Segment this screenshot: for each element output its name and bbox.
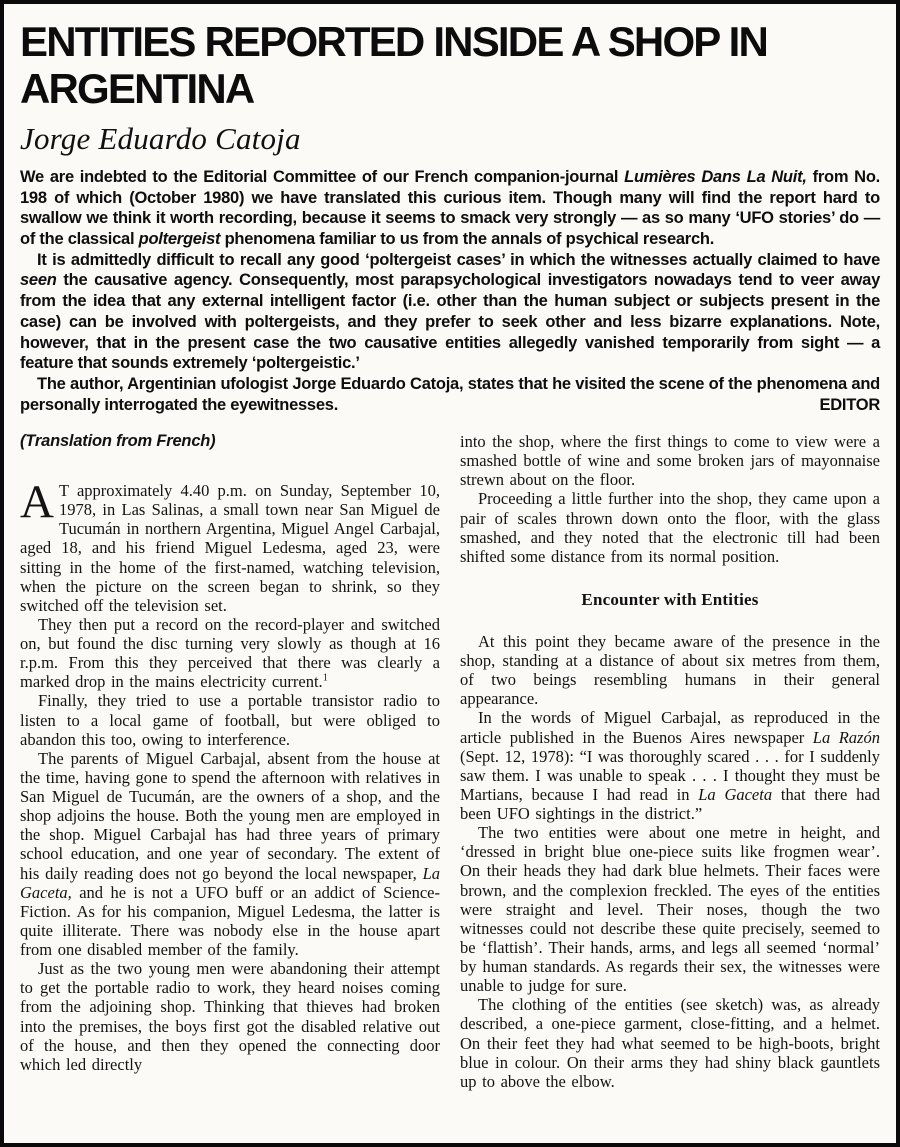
editor-intro: We are indebted to the Editorial Committ…: [20, 167, 880, 416]
body-paragraph: They then put a record on the record-pla…: [20, 615, 440, 692]
page-title: ENTITIES REPORTED INSIDE A SHOP IN ARGEN…: [20, 18, 880, 113]
right-column: into the shop, where the first things to…: [460, 432, 880, 1091]
intro-paragraph-1: We are indebted to the Editorial Committ…: [20, 167, 880, 250]
body-paragraph-lead: AT approximately 4.40 p.m. on Sunday, Se…: [20, 481, 440, 615]
body-paragraph: The parents of Miguel Carbajal, absent f…: [20, 749, 440, 959]
intro-paragraph-2: It is admittedly difficult to recall any…: [20, 250, 880, 374]
body-paragraph: Finally, they tried to use a portable tr…: [20, 691, 440, 748]
translation-note: (Translation from French): [20, 432, 440, 451]
body-paragraph: The two entities were about one metre in…: [460, 823, 880, 995]
article-columns: (Translation from French) AT approximate…: [20, 432, 880, 1091]
body-paragraph: Proceeding a little further into the sho…: [460, 489, 880, 566]
magazine-page: ENTITIES REPORTED INSIDE A SHOP IN ARGEN…: [0, 0, 900, 1147]
left-column: (Translation from French) AT approximate…: [20, 432, 440, 1091]
body-paragraph: into the shop, where the first things to…: [460, 432, 880, 489]
body-paragraph: In the words of Miguel Carbajal, as repr…: [460, 708, 880, 823]
body-paragraph: The clothing of the entities (see sketch…: [460, 995, 880, 1091]
author-byline: Jorge Eduardo Catoja: [20, 121, 880, 157]
lead-paragraph-text: T approximately 4.40 p.m. on Sunday, Sep…: [20, 481, 440, 615]
drop-cap: A: [20, 481, 59, 522]
body-paragraph: Just as the two young men were abandonin…: [20, 959, 440, 1074]
section-heading: Encounter with Entities: [460, 590, 880, 610]
body-paragraph: At this point they became aware of the p…: [460, 632, 880, 709]
